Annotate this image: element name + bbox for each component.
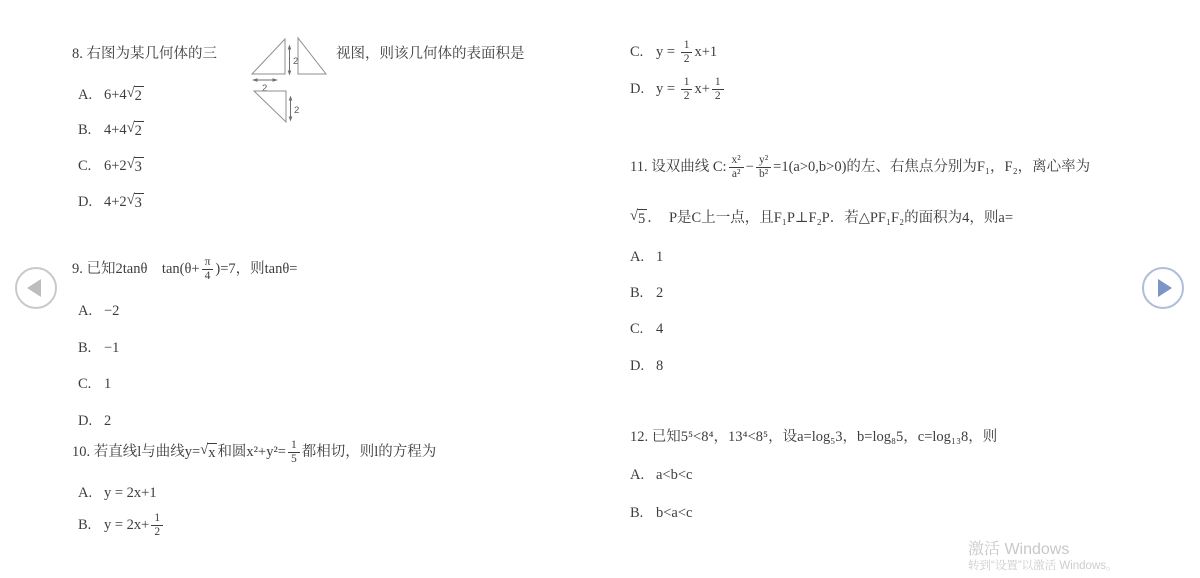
option-label: B.: [78, 517, 104, 534]
windows-activation-watermark: 激活 Windows 转到“设置”以激活 Windows。: [968, 541, 1118, 574]
question-11-stem-line2: √5． P是C上一点，且F₁P⊥F₂P．若△PF₁F₂的面积为4，则a=: [630, 209, 1013, 228]
option-value: y = 12x+12: [656, 76, 726, 103]
chevron-right-icon: [1158, 279, 1172, 297]
front-width-label: 2: [262, 83, 267, 94]
chevron-left-icon: [27, 279, 41, 297]
question-12-stem: 12. 已知5⁵<8⁴，13⁴<8⁵，设a=log₅3，b=log₈5，c=lo…: [630, 429, 997, 446]
question-8-stem-right: 视图，则该几何体的表面积是: [336, 46, 525, 63]
option-value: 2: [656, 285, 663, 302]
bottom-view-triangle: [254, 91, 286, 122]
question-10-option-c: C. y = 12x+1: [630, 39, 717, 66]
option-label: A.: [78, 87, 104, 104]
front-view-triangle: [252, 39, 285, 74]
option-value: y = 12x+1: [656, 39, 717, 66]
option-label: D.: [78, 413, 104, 430]
question-11-option-b: B. 2: [630, 285, 663, 302]
option-value: b<a<c: [656, 505, 692, 522]
question-9-stem: 9. 已知2tanθ tan(θ+π4)=7，则tanθ=: [72, 256, 297, 283]
question-8-option-a: A. 6+4√2: [78, 86, 144, 105]
question-11-option-a: A. 1: [630, 249, 663, 266]
option-label: A.: [78, 485, 104, 502]
option-label: B.: [630, 505, 656, 522]
watermark-title: 激活 Windows: [968, 541, 1118, 559]
option-value: −2: [104, 303, 119, 320]
question-11-option-d: D. 8: [630, 358, 663, 375]
option-label: C.: [78, 158, 104, 175]
option-label: A.: [78, 303, 104, 320]
watermark-subtitle: 转到“设置”以激活 Windows。: [968, 559, 1118, 574]
option-value: 4+4√2: [104, 121, 144, 140]
question-9-option-a: A. −2: [78, 303, 119, 320]
option-label: A.: [630, 467, 656, 484]
question-9-option-d: D. 2: [78, 413, 111, 430]
option-value: 8: [656, 358, 663, 375]
option-value: 6+2√3: [104, 157, 144, 176]
question-11-stem-line1: 11. 设双曲线 C:x²a²−y²b²=1(a>0,b>0)的左、右焦点分别为…: [630, 154, 1090, 181]
question-9-option-b: B. −1: [78, 340, 119, 357]
question-10-stem: 10. 若直线l与曲线y=√x和圆x²+y²=15都相切，则l的方程为: [72, 439, 436, 466]
question-10-option-b: B. y = 2x+12: [78, 512, 165, 539]
option-label: A.: [630, 249, 656, 266]
option-label: D.: [630, 358, 656, 375]
document-page: { "accent": { "text_color": "#3d3d3d", "…: [0, 0, 1200, 578]
option-value: y = 2x+1: [104, 485, 157, 502]
question-9-option-c: C. 1: [78, 376, 111, 393]
option-value: 1: [104, 376, 111, 393]
three-view-diagram: 2 2 2: [248, 34, 348, 126]
question-11-option-c: C. 4: [630, 321, 663, 338]
option-label: D.: [78, 194, 104, 211]
question-8-option-b: B. 4+4√2: [78, 121, 144, 140]
question-8-option-d: D. 4+2√3: [78, 193, 144, 212]
option-value: −1: [104, 340, 119, 357]
option-label: B.: [78, 122, 104, 139]
option-value: 6+4√2: [104, 86, 144, 105]
option-label: B.: [78, 340, 104, 357]
option-label: C.: [630, 321, 656, 338]
option-value: y = 2x+12: [104, 512, 165, 539]
question-12-option-b: B. b<a<c: [630, 505, 692, 522]
question-8-option-c: C. 6+2√3: [78, 157, 144, 176]
bottom-height-label: 2: [294, 105, 299, 116]
option-value: 1: [656, 249, 663, 266]
option-value: a<b<c: [656, 467, 692, 484]
option-label: C.: [630, 44, 656, 61]
question-10-option-d: D. y = 12x+12: [630, 76, 726, 103]
option-value: 4+2√3: [104, 193, 144, 212]
question-8-stem-left: 8. 右图为某几何体的三: [72, 46, 217, 63]
question-12-option-a: A. a<b<c: [630, 467, 692, 484]
next-page-button[interactable]: [1142, 267, 1184, 309]
option-value: 4: [656, 321, 663, 338]
previous-page-button[interactable]: [15, 267, 57, 309]
option-label: B.: [630, 285, 656, 302]
question-10-option-a: A. y = 2x+1: [78, 485, 157, 502]
side-view-triangle: [298, 38, 326, 74]
option-label: D.: [630, 81, 656, 98]
option-value: 2: [104, 413, 111, 430]
option-label: C.: [78, 376, 104, 393]
